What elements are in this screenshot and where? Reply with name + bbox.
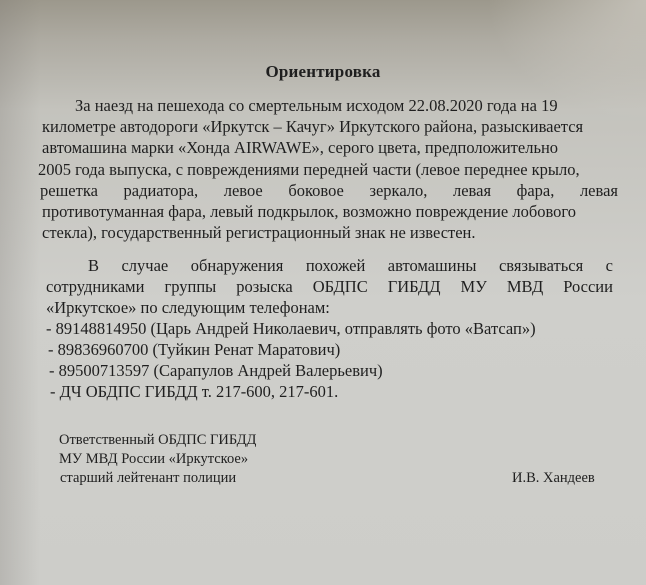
paragraph-line-justified: Вслучаеобнаруженияпохожейавтомашинысвязы… xyxy=(88,256,613,276)
word: связываться xyxy=(499,256,583,276)
word: случае xyxy=(121,256,168,276)
word: фара, xyxy=(517,181,555,201)
word: решетка xyxy=(40,181,98,201)
word: обнаружения xyxy=(191,256,284,276)
document-sheet: Ориентировка За наезд на пешехода со сме… xyxy=(0,0,646,585)
signature-line: МУ МВД России «Иркутское» xyxy=(59,450,248,468)
contact-item: - 89500713597 (Сарапулов Андрей Валерьев… xyxy=(49,361,383,381)
paragraph-line: автомашина марки «Хонда AIRWAWE», серого… xyxy=(42,138,597,158)
word: России xyxy=(563,277,613,297)
contact-item: - 89836960700 (Туйкин Ренат Маратович) xyxy=(48,340,340,360)
word: зеркало, xyxy=(369,181,427,201)
word: ОБДПС xyxy=(313,277,368,297)
word: розыска xyxy=(236,277,293,297)
word: боковое xyxy=(288,181,344,201)
paragraph-line: «Иркутское» по следующим телефонам: xyxy=(46,298,330,318)
paragraph-line-justified: решеткарадиатора,левоебоковоезеркало,лев… xyxy=(40,181,618,201)
word: левое xyxy=(224,181,263,201)
paragraph-line: противотуманная фара, левый подкрылок, в… xyxy=(42,202,612,222)
paragraph-line: 2005 года выпуска, с повреждениями перед… xyxy=(38,160,626,180)
contact-item: - ДЧ ОБДПС ГИБДД т. 217-600, 217-601. xyxy=(50,382,338,402)
word: с xyxy=(606,256,613,276)
word: МУ xyxy=(461,277,487,297)
word: левая xyxy=(453,181,491,201)
word: В xyxy=(88,256,99,276)
paragraph-line: километре автодороги «Иркутск – Качуг» И… xyxy=(42,117,597,137)
paragraph-line-justified: сотрудникамигруппырозыскаОБДПСГИБДДМУМВД… xyxy=(46,277,613,297)
word: похожей xyxy=(306,256,365,276)
word: сотрудниками xyxy=(46,277,144,297)
signature-line: Ответственный ОБДПС ГИБДД xyxy=(59,431,256,449)
word: ГИБДД xyxy=(388,277,441,297)
document-title: Ориентировка xyxy=(0,62,646,82)
word: МВД xyxy=(507,277,543,297)
contact-item: - 89148814950 (Царь Андрей Николаевич, о… xyxy=(46,319,536,339)
word: автомашины xyxy=(388,256,477,276)
word: левая xyxy=(580,181,618,201)
signature-line: старший лейтенант полиции xyxy=(60,469,236,487)
paragraph-line: За наезд на пешехода со смертельным исхо… xyxy=(75,96,597,116)
signatory-name: И.В. Хандеев xyxy=(512,469,595,487)
word: радиатора, xyxy=(124,181,199,201)
word: группы xyxy=(164,277,216,297)
paragraph-line: стекла), государственный регистрационный… xyxy=(42,223,542,243)
